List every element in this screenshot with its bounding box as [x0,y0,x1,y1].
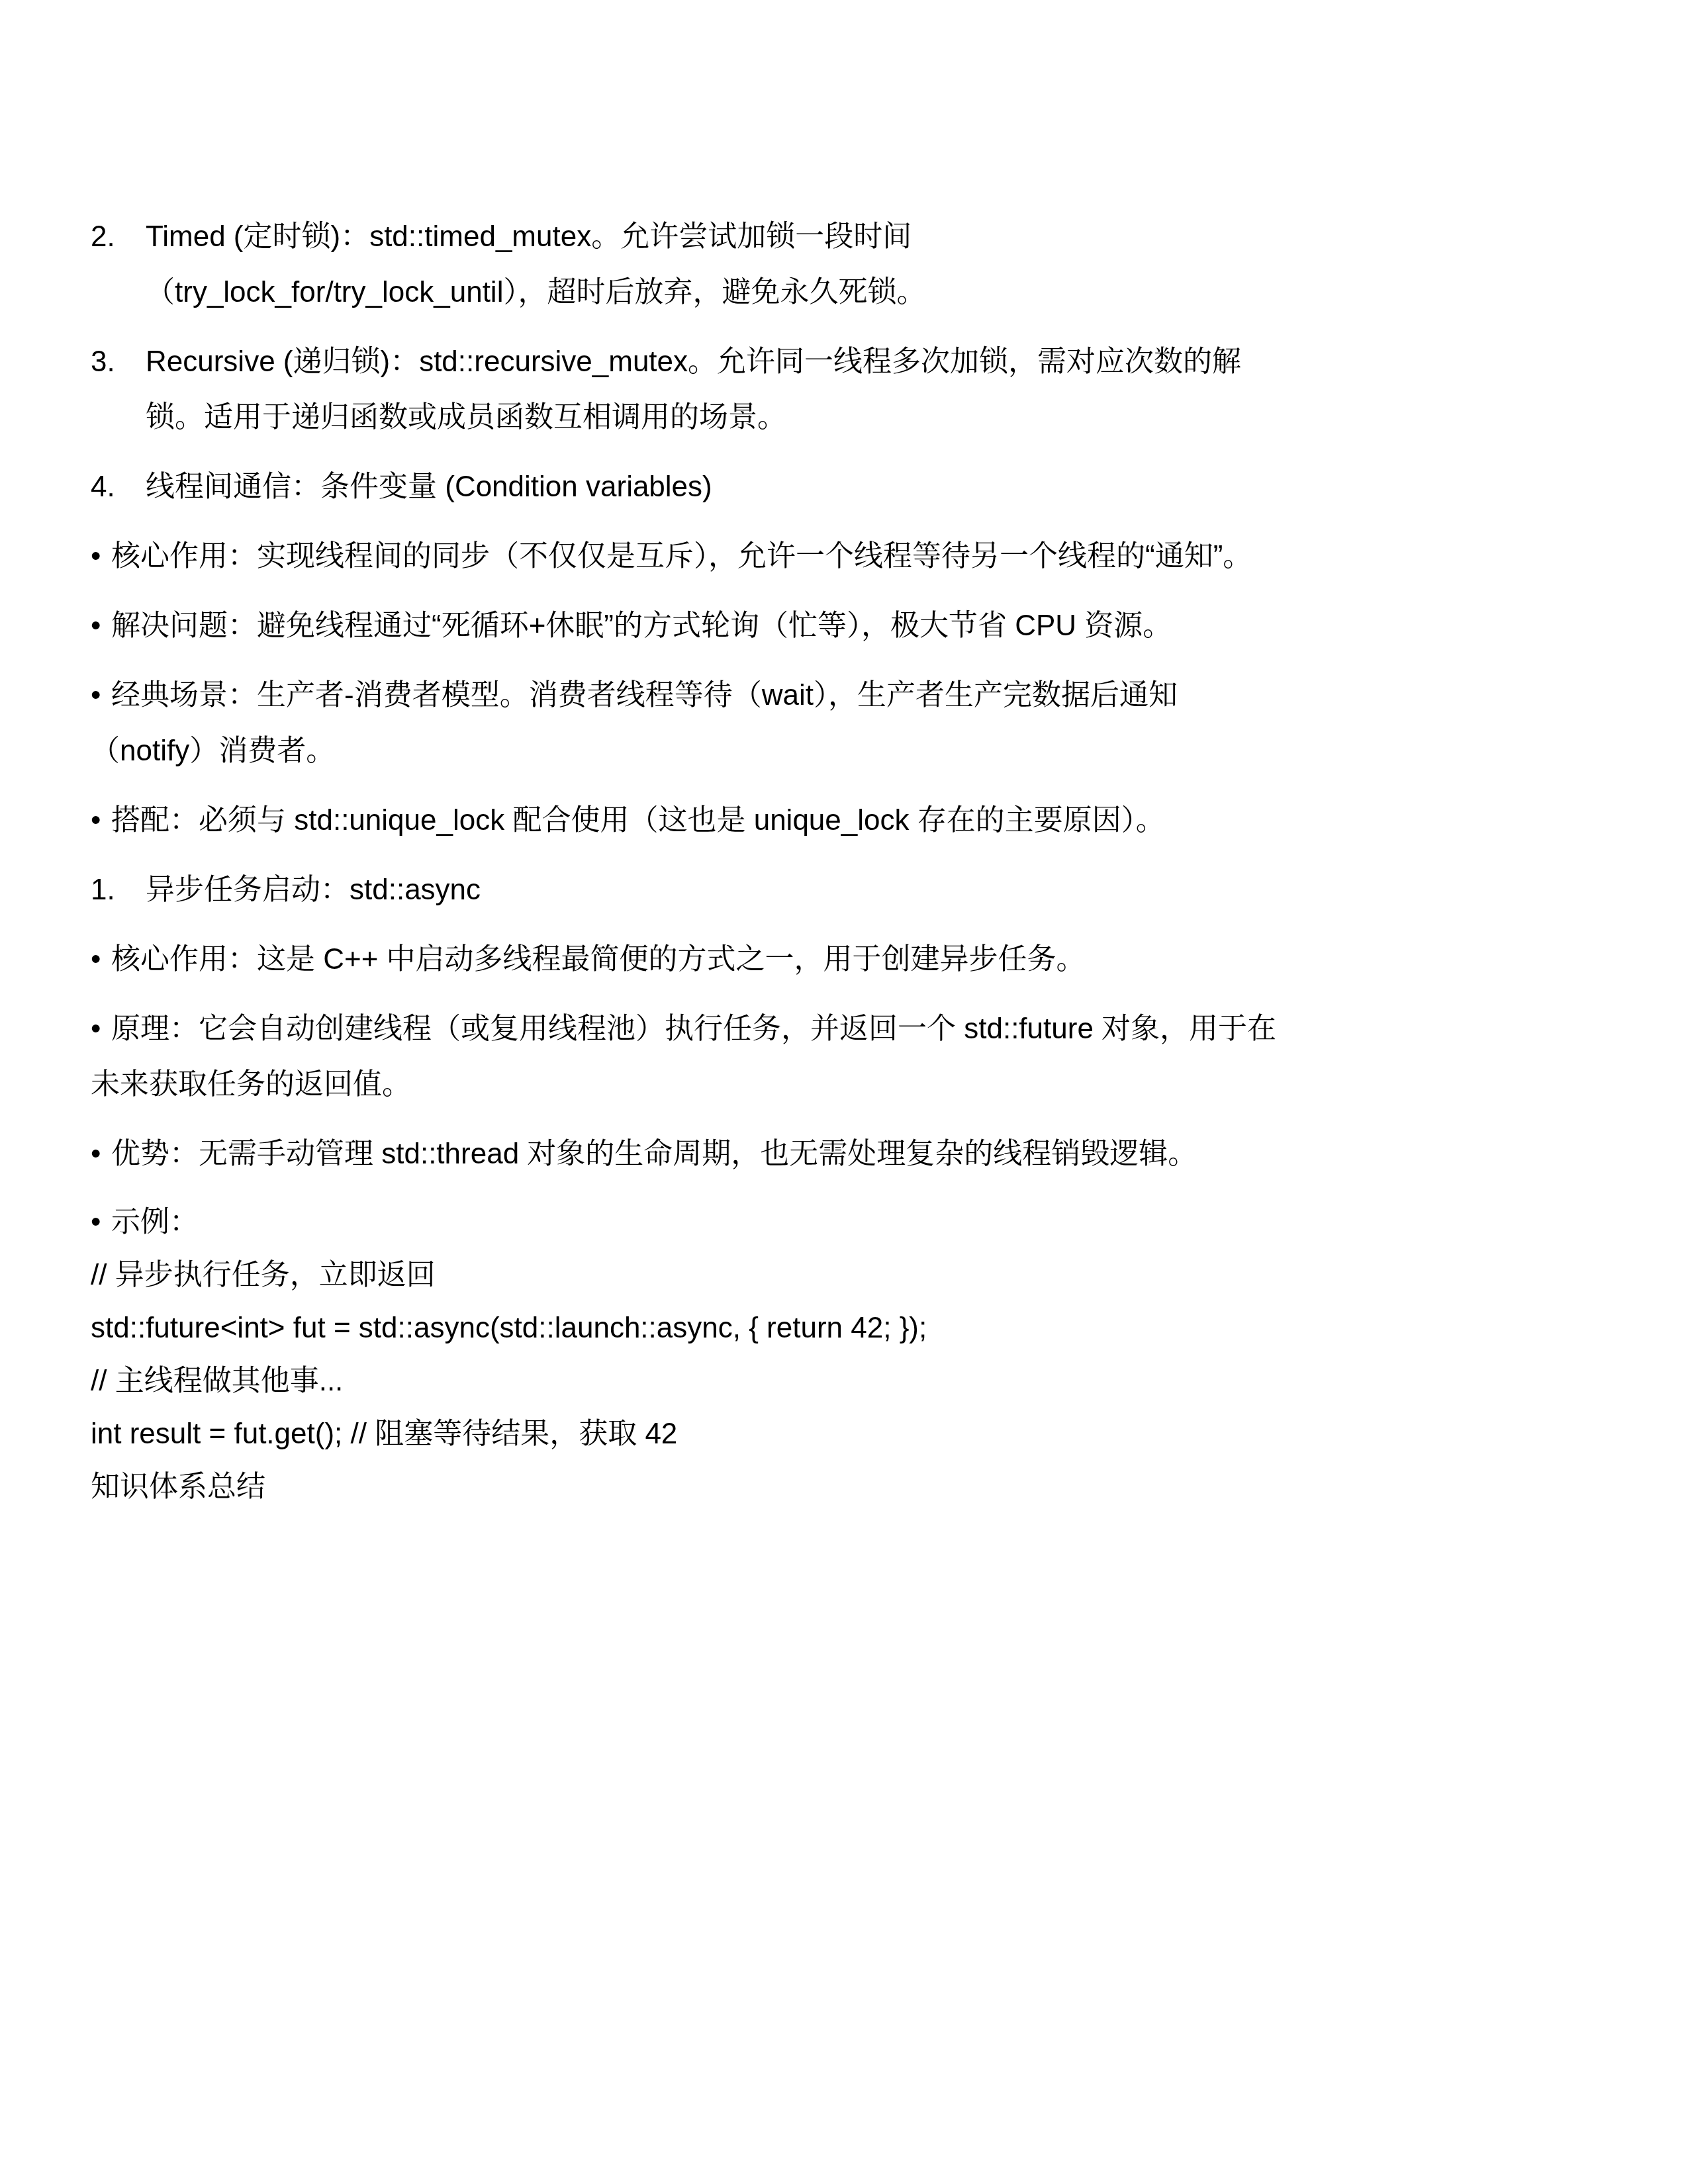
text-line: int result = fut.get(); // 阻塞等待结果，获取 42 [91,1408,1633,1461]
bullet-marker-icon: • [91,932,111,987]
text-line: std::future<int> fut = std::async(std::l… [91,1302,1633,1355]
bullet-marker-icon: • [91,1001,111,1057]
document-content: 2.Timed (定时锁)：std::timed_mutex。允许尝试加锁一段时… [91,209,1633,1514]
text-line-content: 核心作用：这是 C++ 中启动多线程最简便的方式之一，用于创建异步任务。 [111,943,1086,976]
bullet-list-item: •原理：它会自动创建线程（或复用线程池）执行任务，并返回一个 std::futu… [91,1001,1633,1113]
bullet-list-item: •示例：// 异步执行任务，立即返回std::future<int> fut =… [91,1196,1633,1514]
text-line: •搭配：必须与 std::unique_lock 配合使用（这也是 unique… [91,793,1633,848]
bullet-list-item: •解决问题：避免线程通过“死循环+休眠”的方式轮询（忙等），极大节省 CPU 资… [91,598,1633,654]
text-line: •优势：无需手动管理 std::thread 对象的生命周期，也无需处理复杂的线… [91,1126,1633,1182]
bullet-list-item: •核心作用：这是 C++ 中启动多线程最简便的方式之一，用于创建异步任务。 [91,932,1633,987]
text-line: 未来获取任务的返回值。 [91,1057,1633,1113]
text-line: // 主线程做其他事... [91,1355,1633,1408]
bullet-list-item: •核心作用：实现线程间的同步（不仅仅是互斥），允许一个线程等待另一个线程的“通知… [91,529,1633,584]
numbered-list-item: 1.异步任务启动：std::async [91,862,1633,918]
bullet-list-item: •经典场景：生产者-消费者模型。消费者线程等待（wait），生产者生产完数据后通… [91,668,1633,779]
text-line: •经典场景：生产者-消费者模型。消费者线程等待（wait），生产者生产完数据后通… [91,668,1633,723]
text-line: Recursive (递归锁)：std::recursive_mutex。允许同… [146,334,1633,390]
text-line: Timed (定时锁)：std::timed_mutex。允许尝试加锁一段时间 [146,209,1633,265]
text-line-content: 示例： [111,1206,199,1238]
bullet-marker-icon: • [91,1126,111,1182]
text-line-content: 搭配：必须与 std::unique_lock 配合使用（这也是 unique_… [111,804,1165,837]
bullet-marker-icon: • [91,598,111,654]
text-line-content: 经典场景：生产者-消费者模型。消费者线程等待（wait），生产者生产完数据后通知 [111,679,1178,711]
bullet-marker-icon: • [91,529,111,584]
list-number: 3. [91,334,115,390]
list-number: 2. [91,209,115,265]
text-line: 知识体系总结 [91,1461,1633,1514]
text-line: •核心作用：这是 C++ 中启动多线程最简便的方式之一，用于创建异步任务。 [91,932,1633,987]
list-number: 4. [91,459,115,515]
bullet-list-item: •搭配：必须与 std::unique_lock 配合使用（这也是 unique… [91,793,1633,848]
numbered-list-item: 3.Recursive (递归锁)：std::recursive_mutex。允… [91,334,1633,445]
text-line-content: 优势：无需手动管理 std::thread 对象的生命周期，也无需处理复杂的线程… [111,1138,1197,1170]
list-number: 1. [91,862,115,918]
numbered-list-item: 4.线程间通信：条件变量 (Condition variables) [91,459,1633,515]
text-line-content: 原理：它会自动创建线程（或复用线程池）执行任务，并返回一个 std::futur… [111,1013,1276,1045]
text-line: •解决问题：避免线程通过“死循环+休眠”的方式轮询（忙等），极大节省 CPU 资… [91,598,1633,654]
bullet-marker-icon: • [91,793,111,848]
text-line: 锁。适用于递归函数或成员函数互相调用的场景。 [146,390,1633,445]
numbered-list-item: 2.Timed (定时锁)：std::timed_mutex。允许尝试加锁一段时… [91,209,1633,320]
text-line: 线程间通信：条件变量 (Condition variables) [146,459,1633,515]
text-line: •原理：它会自动创建线程（或复用线程池）执行任务，并返回一个 std::futu… [91,1001,1633,1057]
text-line-content: 核心作用：实现线程间的同步（不仅仅是互斥），允许一个线程等待另一个线程的“通知”… [111,540,1252,572]
bullet-marker-icon: • [91,668,111,723]
text-line: 异步任务启动：std::async [146,862,1633,918]
text-line: （try_lock_for/try_lock_until），超时后放弃，避免永久… [146,265,1633,320]
text-line: •核心作用：实现线程间的同步（不仅仅是互斥），允许一个线程等待另一个线程的“通知… [91,529,1633,584]
text-line: •示例： [91,1196,1633,1249]
bullet-marker-icon: • [91,1196,111,1249]
bullet-list-item: •优势：无需手动管理 std::thread 对象的生命周期，也无需处理复杂的线… [91,1126,1633,1182]
text-line: （notify）消费者。 [91,723,1633,779]
document-page: 2.Timed (定时锁)：std::timed_mutex。允许尝试加锁一段时… [0,0,1688,2184]
text-line: // 异步执行任务，立即返回 [91,1249,1633,1302]
text-line-content: 解决问题：避免线程通过“死循环+休眠”的方式轮询（忙等），极大节省 CPU 资源… [111,610,1172,642]
